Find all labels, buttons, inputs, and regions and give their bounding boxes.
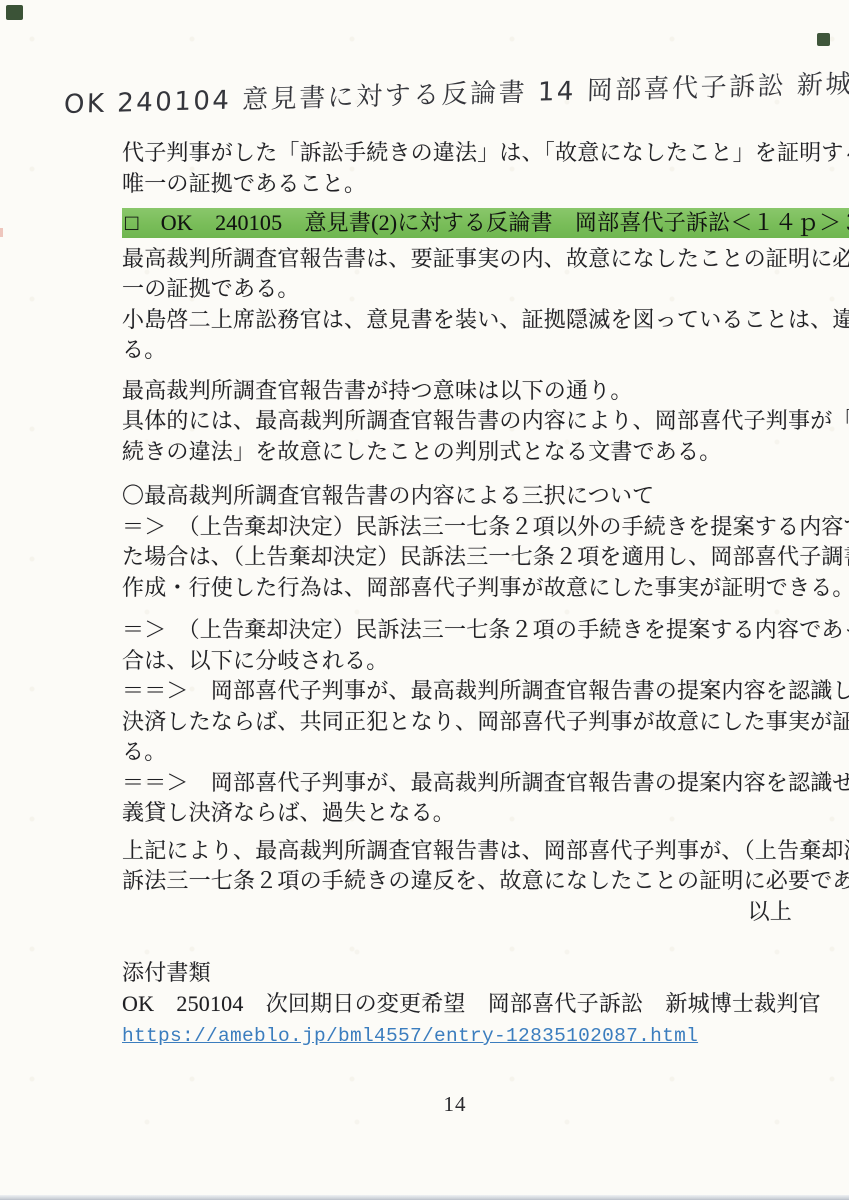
document-line: ＝＞ （上告棄却決定）民訴法三一七条２項の手続きを提案する内容であった場 bbox=[122, 615, 802, 646]
scan-corner-mark-top-right bbox=[817, 33, 830, 46]
document-line: 義貸し決済ならば、過失となる。 bbox=[122, 798, 802, 829]
document-body: 代子判事がした「訴訟手続きの違法」は、「故意になしたこと」を証明するための唯一の… bbox=[122, 138, 802, 1050]
document-line: ＝＝＞ 岡部喜代子判事が、最高裁判所調査官報告書の提案内容を認識した上で、 bbox=[122, 676, 802, 707]
document-line: 合は、以下に分岐される。 bbox=[122, 646, 802, 677]
document-line: 添付書類 bbox=[122, 958, 802, 989]
document-line: 最高裁判所調査官報告書は、要証事実の内、故意になしたことの証明に必要な唯 bbox=[122, 244, 802, 275]
document-line: ＝＝＞ 岡部喜代子判事が、最高裁判所調査官報告書の提案内容を認識せず、名 bbox=[122, 768, 802, 799]
document-line: ＝＞ （上告棄却決定）民訴法三一七条２項以外の手続きを提案する内容であっ bbox=[122, 512, 802, 543]
document-line: 最高裁判所調査官報告書が持つ意味は以下の通り。 bbox=[122, 376, 802, 407]
page-number: 14 bbox=[444, 1092, 467, 1117]
document-line: る。 bbox=[122, 335, 802, 366]
document-line: る。 bbox=[122, 737, 802, 768]
blog-link[interactable]: https://ameblo.jp/bml4557/entry-12835102… bbox=[122, 1025, 698, 1047]
document-line: 唯一の証拠であること。 bbox=[122, 169, 802, 200]
document-line: 以上 bbox=[122, 897, 802, 928]
document-line: 作成・行使した行為は、岡部喜代子判事が故意にした事実が証明できる。 bbox=[122, 573, 802, 604]
document-line: 一の証拠である。 bbox=[122, 274, 802, 305]
scanned-document-page: OK 240104 意見書に対する反論書 14 岡部喜代子訴訟 新城博士裁判官 … bbox=[0, 0, 849, 1200]
highlighted-line: □ OK 240105 意見書(2)に対する反論書 岡部喜代子訴訟＜１４ｐ＞３行… bbox=[122, 208, 849, 238]
document-line: た場合は、（上告棄却決定）民訴法三一七条２項を適用し、岡部喜代子調書決定を bbox=[122, 542, 802, 573]
scan-bottom-edge bbox=[0, 1195, 849, 1200]
document-line: 〇最高裁判所調査官報告書の内容による三択について bbox=[122, 481, 802, 512]
document-line: 代子判事がした「訴訟手続きの違法」は、「故意になしたこと」を証明するための bbox=[122, 138, 802, 169]
document-line: 訴法三一七条２項の手続きの違反を、故意になしたことの証明に必要である。 bbox=[122, 866, 802, 897]
document-line: 上記により、最高裁判所調査官報告書は、岡部喜代子判事が、（上告棄却決定）民 bbox=[122, 836, 802, 867]
document-line: OK 250104 次回期日の変更希望 岡部喜代子訴訟 新城博士裁判官 bbox=[122, 989, 802, 1020]
scan-speck bbox=[0, 228, 3, 237]
document-line: 決済したならば、共同正犯となり、岡部喜代子判事が故意にした事実が証明でき bbox=[122, 707, 802, 738]
handwritten-note: OK 240104 意見書に対する反論書 14 岡部喜代子訴訟 新城博士裁判官 bbox=[64, 64, 845, 121]
scan-corner-mark-top-left bbox=[6, 5, 23, 20]
document-line: 続きの違法」を故意にしたことの判別式となる文書である。 bbox=[122, 437, 802, 468]
document-line: 小島啓二上席訟務官は、意見書を装い、証拠隠滅を図っていることは、違法であ bbox=[122, 305, 802, 336]
document-line: 具体的には、最高裁判所調査官報告書の内容により、岡部喜代子判事が「訴訟手 bbox=[122, 406, 802, 437]
